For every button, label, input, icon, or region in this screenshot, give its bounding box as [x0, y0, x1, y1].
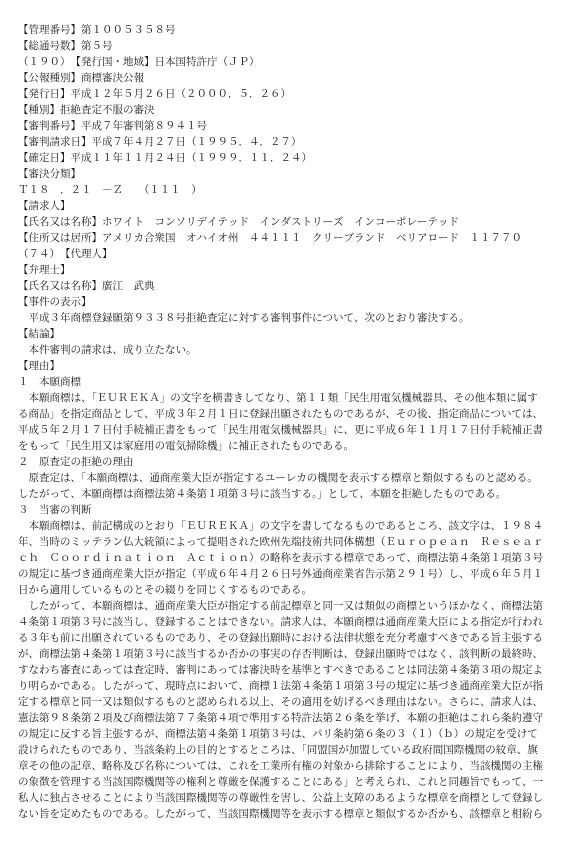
document-line: 原査定は、「本願商標は、通商産業大臣が指定するユーレカの機関を表示する標章と類似… — [18, 470, 559, 486]
document-line: が、商標法第４条第１項第３号に該当するか否かの事実の存否判断は、登録出願時ではな… — [18, 646, 559, 662]
gazette-page: 【管理番号】第１００５３５８号【総通号数】第５号（１９０） 【発行国・地域】日本… — [0, 0, 573, 861]
document-line: 【理由】 — [18, 358, 559, 374]
document-line: 憲法第９８条第２項及び商標法第７７条第４項で準用する特許法第２６条を挙げ、本願の… — [18, 710, 559, 726]
document-line: 【氏名又は名称】廣江 武典 — [18, 278, 559, 294]
document-line: 【種別】拒絶査定不服の審決 — [18, 102, 559, 118]
document-line: 定する標章と同一又は類似するものと認められる以上、その適用を妨げるべき理由はない… — [18, 694, 559, 710]
document-line: 平成５年２月１７日付手続補正書をもって「民生用電気機械器具」に、更に平成６年１１… — [18, 422, 559, 438]
document-line: 【審決分類】 — [18, 166, 559, 182]
document-line: り明らかである。したがって、現時点において、商標１法第４条第１項第３号の規定に基… — [18, 678, 559, 694]
document-line: ｃｈ Ｃｏｏｒｄｉｎａｔｉｏｎ Ａｃｔｉｏｎ）の略称を表示する標章であって、商標… — [18, 550, 559, 566]
document-line: る商品」を指定商品として、平成３年２月１日に登録出願されたものであるが、その後、… — [18, 406, 559, 422]
document-body: 【管理番号】第１００５３５８号【総通号数】第５号（１９０） 【発行国・地域】日本… — [18, 22, 559, 822]
document-line: すなわち審査にあっては査定時、審判にあっては審決時を基準とすべきであることは同法… — [18, 662, 559, 678]
document-line: （７４） 【代理人】 — [18, 246, 559, 262]
document-line: 私人に独占させることにより当該国際機関等の尊厳性を害し、公益上支障のあるような標… — [18, 790, 559, 806]
document-line: 本願商標は、前記構成のとおり「ＥＵＲＥＫＡ」の文字を書してなるものであるところ、… — [18, 518, 559, 534]
document-line: をもって「民生用又は家庭用の電気掃除機」に補正されたものである。 — [18, 438, 559, 454]
document-line: Ｔ１８ ．２１ －Ｚ （１１１ ） — [18, 182, 559, 198]
document-line: 日から適用しているものとその綴りを同じくするものである。 — [18, 582, 559, 598]
document-line: の規定に反する旨主張するが、商標法第４条第１項第３号は、パリ条約第６条の３（１）… — [18, 726, 559, 742]
document-line: 章その他の記章、略称及び名称については、これを工業所有権の対象から排除することに… — [18, 758, 559, 774]
document-line: 【審判番号】平成７年審判第８９４１号 — [18, 118, 559, 134]
document-line: 【審判請求日】平成７年４月２７日（１９９５．４．２７） — [18, 134, 559, 150]
document-line: したがって、本願商標は、通商産業大臣が指定する前記標章と同一又は類似の商標という… — [18, 598, 559, 614]
document-line: 【発行日】平成１２年５月２６日（２０００．５．２６） — [18, 86, 559, 102]
document-line: 【管理番号】第１００５３５８号 — [18, 22, 559, 38]
document-line: 設けられたものであり、当該条約上の目的とするところは、「同盟国が加盟している政府… — [18, 742, 559, 758]
document-line: 【事件の表示】 — [18, 294, 559, 310]
document-line: 平成３年商標登録願第９３３８号拒絶査定に対する審判事件について、次のとおり審決す… — [18, 310, 559, 326]
document-line: 【確定日】平成１１年１１月２４日（１９９９．１１．２４） — [18, 150, 559, 166]
document-line: 【弁理士】 — [18, 262, 559, 278]
document-line: 【請求人】 — [18, 198, 559, 214]
document-line: の象徴を管理する当該国際機関等の権利と尊厳を保護することにある」と考えられ、これ… — [18, 774, 559, 790]
document-line: 【住所又は居所】アメリカ合衆国 オハイオ州 ４４１１１ クリーブランド ベリアロ… — [18, 230, 559, 246]
document-line: ２ 原査定の拒絶の理由 — [18, 454, 559, 470]
document-line: る３年も前に出願されているものであり、その登録出願時における法律状態を充分考慮す… — [18, 630, 559, 646]
document-line: 【公報種別】商標審決公報 — [18, 70, 559, 86]
document-line: 本願商標は、「ＥＵＲＥＫＡ」の文字を横書きしてなり、第１１類「民生用電気機械器具… — [18, 390, 559, 406]
document-line: 【結論】 — [18, 326, 559, 342]
document-line: １ 本願商標 — [18, 374, 559, 390]
document-line: したがって、本願商標は商標法第４条第１項第３号に該当する。」として、本願を拒絶し… — [18, 486, 559, 502]
document-line: 【氏名又は名称】ホワイト コンソリデイテッド インダストリーズ インコーポレーテ… — [18, 214, 559, 230]
document-line: ない旨を定めたものである。したがって、当該国際機関等を表示する標章と類似するか否… — [18, 806, 559, 822]
document-line: 年、当時のミッテラン仏大統領によって提唱された欧州先端技術共同体構想（Ｅｕｒｏｐ… — [18, 534, 559, 550]
document-line: ４条第１項第３号に該当し、登録することはできない。請求人は、本願商標は通商産業大… — [18, 614, 559, 630]
document-line: （１９０） 【発行国・地域】日本国特許庁（ＪＰ） — [18, 54, 559, 70]
document-line: ３ 当審の判断 — [18, 502, 559, 518]
document-line: 本件審判の請求は、成り立たない。 — [18, 342, 559, 358]
document-line: 【総通号数】第５号 — [18, 38, 559, 54]
document-line: の規定に基づき通商産業大臣が指定（平成６年４月２６日号外通商産業省告示第２９１号… — [18, 566, 559, 582]
